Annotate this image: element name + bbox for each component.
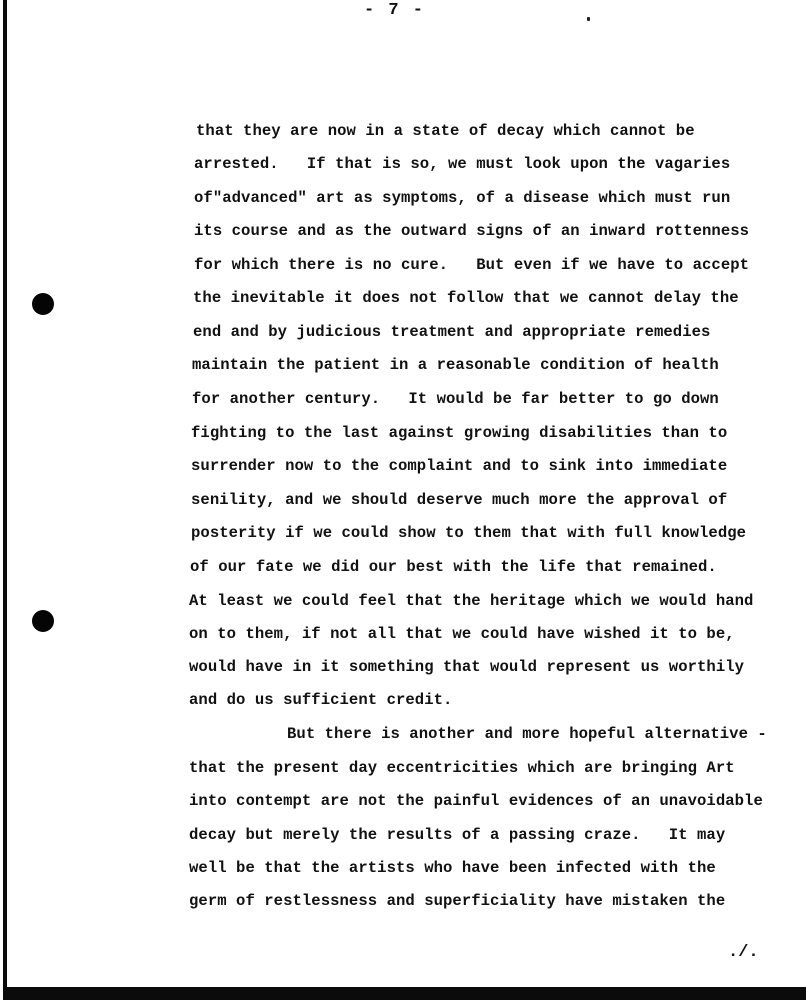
text-line: surrender now to the complaint and to si… [191, 456, 727, 476]
text-line: and do us sufficient credit. [189, 690, 452, 710]
text-line: that the present day eccentricities whic… [189, 758, 735, 778]
text-line: for which there is no cure. But even if … [194, 255, 749, 275]
page-number: - 7 - [364, 1, 425, 20]
ink-speck [587, 17, 590, 21]
text-line: on to them, if not all that we could hav… [189, 624, 735, 644]
text-line: decay but merely the results of a passin… [189, 825, 725, 845]
scanned-document-page: - 7 - that they are now in a state of de… [0, 0, 806, 1000]
text-line: would have in it something that would re… [189, 657, 744, 677]
text-line: the inevitable it does not follow that w… [193, 288, 739, 308]
punch-hole-icon [32, 610, 54, 632]
text-line: At least we could feel that the heritage… [189, 591, 753, 611]
continuation-mark: ./. [728, 943, 759, 962]
text-line: that they are now in a state of decay wh… [196, 121, 695, 141]
text-line: end and by judicious treatment and appro… [193, 322, 710, 342]
text-line: fighting to the last against growing dis… [191, 423, 727, 443]
text-line: maintain the patient in a reasonable con… [192, 355, 719, 375]
punch-hole-icon [32, 293, 54, 315]
text-line: of our fate we did our best with the lif… [190, 557, 717, 577]
text-line: But there is another and more hopeful al… [287, 724, 767, 744]
text-line: for another century. It would be far bet… [192, 389, 719, 409]
text-line: posterity if we could show to them that … [191, 523, 746, 543]
text-line: arrested. If that is so, we must look up… [194, 154, 730, 174]
text-line: its course and as the outward signs of a… [194, 221, 749, 241]
text-line: senility, and we should deserve much mor… [191, 490, 727, 510]
text-line: into contempt are not the painful eviden… [189, 791, 763, 811]
text-line: germ of restlessness and superficiality … [189, 891, 725, 911]
bottom-scan-border [3, 987, 806, 1000]
left-scan-border [3, 0, 7, 990]
text-line: well be that the artists who have been i… [189, 858, 716, 878]
text-line: of"advanced" art as symptoms, of a disea… [194, 188, 730, 208]
